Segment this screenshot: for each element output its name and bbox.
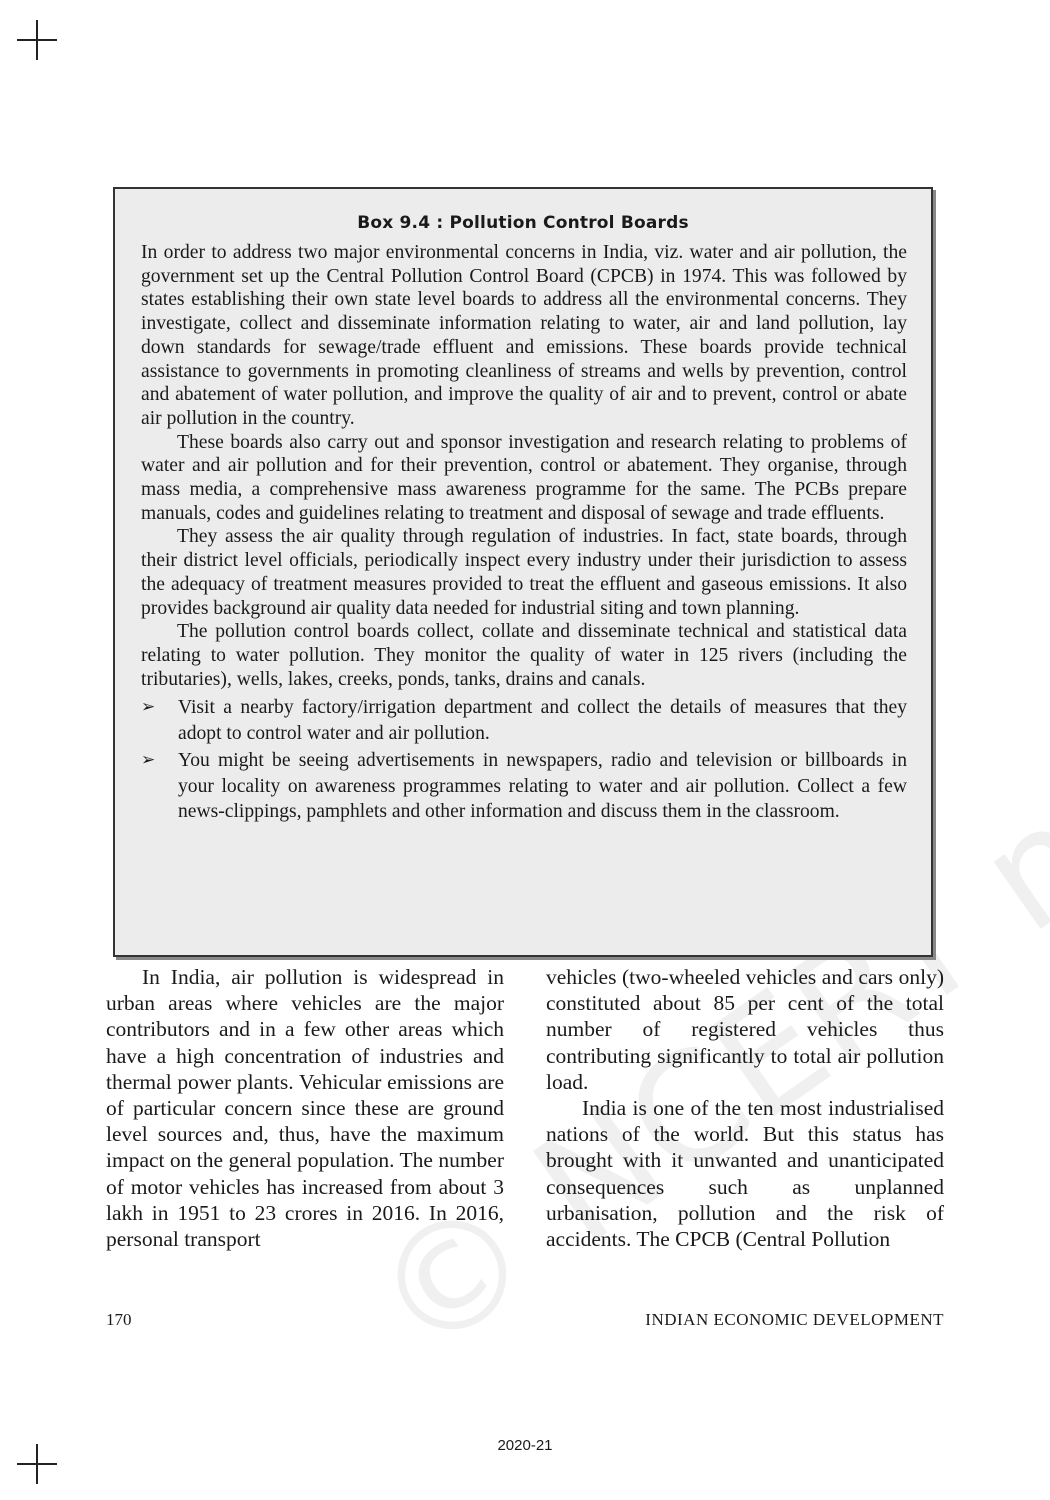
arrow-bullet-icon: ➢ [141, 695, 155, 721]
info-box: Box 9.4 : Pollution Control Boards In or… [113, 187, 933, 957]
activity-item: ➢ You might be seeing advertisements in … [141, 748, 907, 825]
arrow-bullet-icon: ➢ [141, 748, 155, 774]
activity-text: Visit a nearby factory/irrigation depart… [178, 697, 907, 744]
body-columns: In India, air pollution is widespread in… [106, 964, 944, 1252]
activity-item: ➢ Visit a nearby factory/irrigation depa… [141, 695, 907, 746]
body-paragraph: India is one of the ten most industriali… [546, 1095, 944, 1252]
activity-list: ➢ Visit a nearby factory/irrigation depa… [141, 695, 907, 825]
crop-mark-top-left [17, 20, 57, 60]
page-number: 170 [106, 1310, 132, 1330]
left-column: In India, air pollution is widespread in… [106, 964, 504, 1252]
box-title: Box 9.4 : Pollution Control Boards [115, 213, 931, 233]
book-title: INDIAN ECONOMIC DEVELOPMENT [645, 1310, 944, 1330]
activity-text: You might be seeing advertisements in ne… [178, 750, 907, 822]
body-paragraph: In India, air pollution is widespread in… [106, 964, 504, 1252]
body-paragraph: vehicles (two-wheeled vehicles and cars … [546, 964, 944, 1095]
box-paragraph: In order to address two major environmen… [141, 241, 907, 431]
box-paragraph: They assess the air quality through regu… [141, 525, 907, 620]
edition-year: 2020-21 [0, 1437, 1050, 1454]
box-paragraph: These boards also carry out and sponsor … [141, 431, 907, 526]
box-body: In order to address two major environmen… [115, 241, 931, 825]
right-column: vehicles (two-wheeled vehicles and cars … [546, 964, 944, 1252]
box-paragraph: The pollution control boards collect, co… [141, 620, 907, 691]
